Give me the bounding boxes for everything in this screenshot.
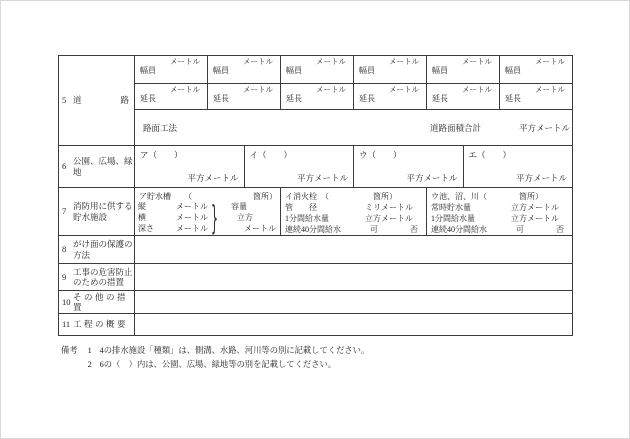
- meter-unit-label: メートル: [505, 57, 565, 66]
- meter-unit-label: メートル: [140, 85, 200, 94]
- road-label: 道 路: [73, 95, 134, 106]
- square-meter-unit-label: 平方メートル: [297, 172, 348, 184]
- park-area-cell-i[interactable]: イ（ ） 平方メートル: [245, 146, 355, 187]
- square-meter-unit-label: 平方メートル: [519, 122, 570, 134]
- meter-unit-label: メートル: [213, 85, 273, 94]
- development-permit-form-table: 5 道 路 メートル 幅員 メートル 幅員 メー: [58, 55, 573, 336]
- fire-hydrant-cell[interactable]: イ消火栓 （ 箇所） 管 径 ミリメートル 1分間給水量 立方メートル 連続40…: [281, 188, 427, 235]
- water-tank-cell[interactable]: ア貯水槽 （ 箇所） 縦 メートル 横 メートル 深さ メートル: [135, 188, 281, 235]
- road-surface-label: 路面工法: [143, 122, 177, 134]
- schedule-row-number: 11: [62, 319, 73, 330]
- row-hazard-prevention: 9 工事の危害防止 のための措置: [59, 264, 572, 291]
- road-length-label: 延長: [213, 94, 273, 104]
- park-item-label: エ（ ）: [469, 149, 512, 161]
- meter-unit-label: メートル: [432, 85, 492, 94]
- road-width-cell[interactable]: メートル 幅員: [208, 56, 281, 83]
- park-area-cell-a[interactable]: ア（ ） 平方メートル: [135, 146, 245, 187]
- fire-label: 消防用に供する 貯水施設: [73, 201, 133, 222]
- meter-unit-label: メートル: [359, 57, 419, 66]
- road-length-cell[interactable]: メートル 延長: [500, 84, 572, 109]
- road-width-row: メートル 幅員 メートル 幅員 メートル 幅員 メートル 幅員: [135, 56, 572, 84]
- road-width-cell[interactable]: メートル 幅員: [135, 56, 208, 83]
- road-length-label: 延長: [140, 94, 200, 104]
- road-width-label: 幅員: [359, 66, 419, 76]
- hazard-label-cell: 9 工事の危害防止 のための措置: [59, 264, 135, 290]
- road-width-label: 幅員: [432, 66, 492, 76]
- brace-glyph: }: [211, 202, 218, 235]
- pond-line: 常時貯水量 立方メートル: [427, 202, 572, 213]
- other-measures-input-cell[interactable]: [135, 291, 572, 313]
- meter-unit-label: メートル: [286, 85, 346, 94]
- meter-unit-label: メートル: [213, 57, 273, 66]
- other-label-cell: 10 その他の措置: [59, 291, 135, 313]
- road-width-label: 幅員: [140, 66, 200, 76]
- pond-line: 連続40分間給水 可 否: [427, 224, 572, 235]
- road-length-label: 延長: [359, 94, 419, 104]
- park-area-cell-u[interactable]: ウ（ ） 平方メートル: [354, 146, 464, 187]
- road-length-row: メートル 延長 メートル 延長 メートル 延長 メートル 延長: [135, 84, 572, 110]
- slope-row-number: 8: [62, 244, 73, 255]
- pond-river-cell[interactable]: ウ池、沼、川（ 箇所） 常時貯水量 立方メートル 1分間給水量 立方メートル 連…: [427, 188, 572, 235]
- road-length-label: 延長: [505, 94, 565, 104]
- hydrant-line: 連続40分間給水 可 否: [281, 224, 426, 235]
- meter-unit-label: メートル: [505, 85, 565, 94]
- hazard-label: 工事の危害防止 のための措置: [73, 267, 133, 288]
- row-road: 5 道 路 メートル 幅員 メートル 幅員 メー: [59, 56, 572, 146]
- square-meter-unit-label: 平方メートル: [406, 172, 457, 184]
- road-length-cell[interactable]: メートル 延長: [281, 84, 354, 109]
- tank-capacity-labels: 容量 立方 メートル: [221, 201, 276, 234]
- road-area-total: 道路面積合計 平方メートル: [430, 122, 570, 134]
- pond-title-line: ウ池、沼、川（ 箇所）: [427, 191, 572, 202]
- park-item-label: ウ（ ）: [359, 149, 402, 161]
- slope-label-cell: 8 がけ面の保護の 方法: [59, 236, 135, 263]
- hydrant-line: 1分間給水量 立方メートル: [281, 213, 426, 224]
- slope-method-input-cell[interactable]: [135, 236, 572, 263]
- road-length-cell[interactable]: メートル 延長: [208, 84, 281, 109]
- park-label-cell: 6 公園、広場、緑 地: [59, 146, 135, 187]
- hazard-measures-input-cell[interactable]: [135, 264, 572, 290]
- road-row-number: 5: [62, 95, 73, 106]
- square-meter-unit-label: 平方メートル: [187, 172, 238, 184]
- road-width-cell[interactable]: メートル 幅員: [500, 56, 572, 83]
- road-area-value-space[interactable]: [481, 122, 519, 134]
- water-tank-dimensions: 縦 メートル 横 メートル 深さ メートル } 容量 立方: [135, 201, 280, 234]
- fire-label-cell: 7 消防用に供する 貯水施設: [59, 188, 135, 235]
- other-label: その他の措置: [73, 292, 134, 313]
- row-other-measures: 10 その他の措置: [59, 291, 572, 314]
- meter-unit-label: メートル: [286, 57, 346, 66]
- road-length-cell[interactable]: メートル 延長: [354, 84, 427, 109]
- row-work-schedule: 11 工程の概要: [59, 314, 572, 335]
- meter-unit-label: メートル: [359, 85, 419, 94]
- hydrant-line: 管 径 ミリメートル: [281, 202, 426, 213]
- remark-text: 4の排水施設「種類」は、側溝、水路、河川等の別に記載してください。: [100, 344, 370, 358]
- road-data-area: メートル 幅員 メートル 幅員 メートル 幅員 メートル 幅員: [135, 56, 572, 145]
- square-meter-unit-label: 平方メートル: [516, 172, 567, 184]
- road-width-cell[interactable]: メートル 幅員: [354, 56, 427, 83]
- road-length-cell[interactable]: メートル 延長: [427, 84, 500, 109]
- remarks-list: 1 4の排水施設「種類」は、側溝、水路、河川等の別に記載してください。 2 6の…: [88, 344, 370, 372]
- row-fire-storage: 7 消防用に供する 貯水施設 ア貯水槽 （ 箇所） 縦 メートル: [59, 188, 572, 236]
- road-area-total-label: 道路面積合計: [430, 122, 481, 134]
- road-width-cell[interactable]: メートル 幅員: [427, 56, 500, 83]
- row-slope-protection: 8 がけ面の保護の 方法: [59, 236, 572, 264]
- other-row-number: 10: [62, 297, 73, 308]
- meter-unit-label: メートル: [432, 57, 492, 66]
- park-row-number: 6: [62, 161, 73, 172]
- hydrant-title-line: イ消火栓 （ 箇所）: [281, 191, 426, 202]
- schedule-label: 工程の概要: [73, 319, 128, 330]
- road-length-cell[interactable]: メートル 延長: [135, 84, 208, 109]
- park-item-label: ア（ ）: [140, 149, 183, 161]
- schedule-label-cell: 11 工程の概要: [59, 314, 135, 335]
- remarks-section: 備考 1 4の排水施設「種類」は、側溝、水路、河川等の別に記載してください。 2…: [61, 344, 369, 372]
- road-surface-cell[interactable]: 路面工法 道路面積合計 平方メートル: [135, 110, 572, 145]
- remarks-heading: 備考: [61, 344, 78, 372]
- road-width-cell[interactable]: メートル 幅員: [281, 56, 354, 83]
- road-width-label: 幅員: [213, 66, 273, 76]
- slope-label: がけ面の保護の 方法: [73, 239, 133, 260]
- park-area-cell-e[interactable]: エ（ ） 平方メートル: [464, 146, 573, 187]
- road-length-label: 延長: [286, 94, 346, 104]
- fire-row-number: 7: [62, 206, 73, 217]
- remark-number: 1: [88, 344, 100, 358]
- pond-line: 1分間給水量 立方メートル: [427, 213, 572, 224]
- hazard-row-number: 9: [62, 272, 73, 283]
- park-item-label: イ（ ）: [250, 149, 293, 161]
- remark-number: 2: [88, 358, 100, 372]
- hydrant-count-label: 箇所）: [373, 191, 397, 202]
- remark-text: 6の（ ）内は、公園、広場、緑地等の別を記載してください。: [100, 358, 336, 372]
- road-label-cell: 5 道 路: [59, 56, 135, 145]
- application-form-page: 5 道 路 メートル 幅員 メートル 幅員 メー: [0, 0, 630, 439]
- remark-item: 1 4の排水施設「種類」は、側溝、水路、河川等の別に記載してください。: [88, 344, 370, 358]
- park-label: 公園、広場、緑 地: [73, 156, 133, 177]
- road-length-label: 延長: [432, 94, 492, 104]
- remark-item: 2 6の（ ）内は、公園、広場、緑地等の別を記載してください。: [88, 358, 370, 372]
- road-width-label: 幅員: [286, 66, 346, 76]
- row-park: 6 公園、広場、緑 地 ア（ ） 平方メートル イ（ ） 平方メートル ウ（ ）…: [59, 146, 572, 188]
- schedule-input-cell[interactable]: [135, 314, 572, 335]
- pond-count-label: 箇所）: [519, 191, 543, 202]
- road-width-label: 幅員: [505, 66, 565, 76]
- meter-unit-label: メートル: [140, 57, 200, 66]
